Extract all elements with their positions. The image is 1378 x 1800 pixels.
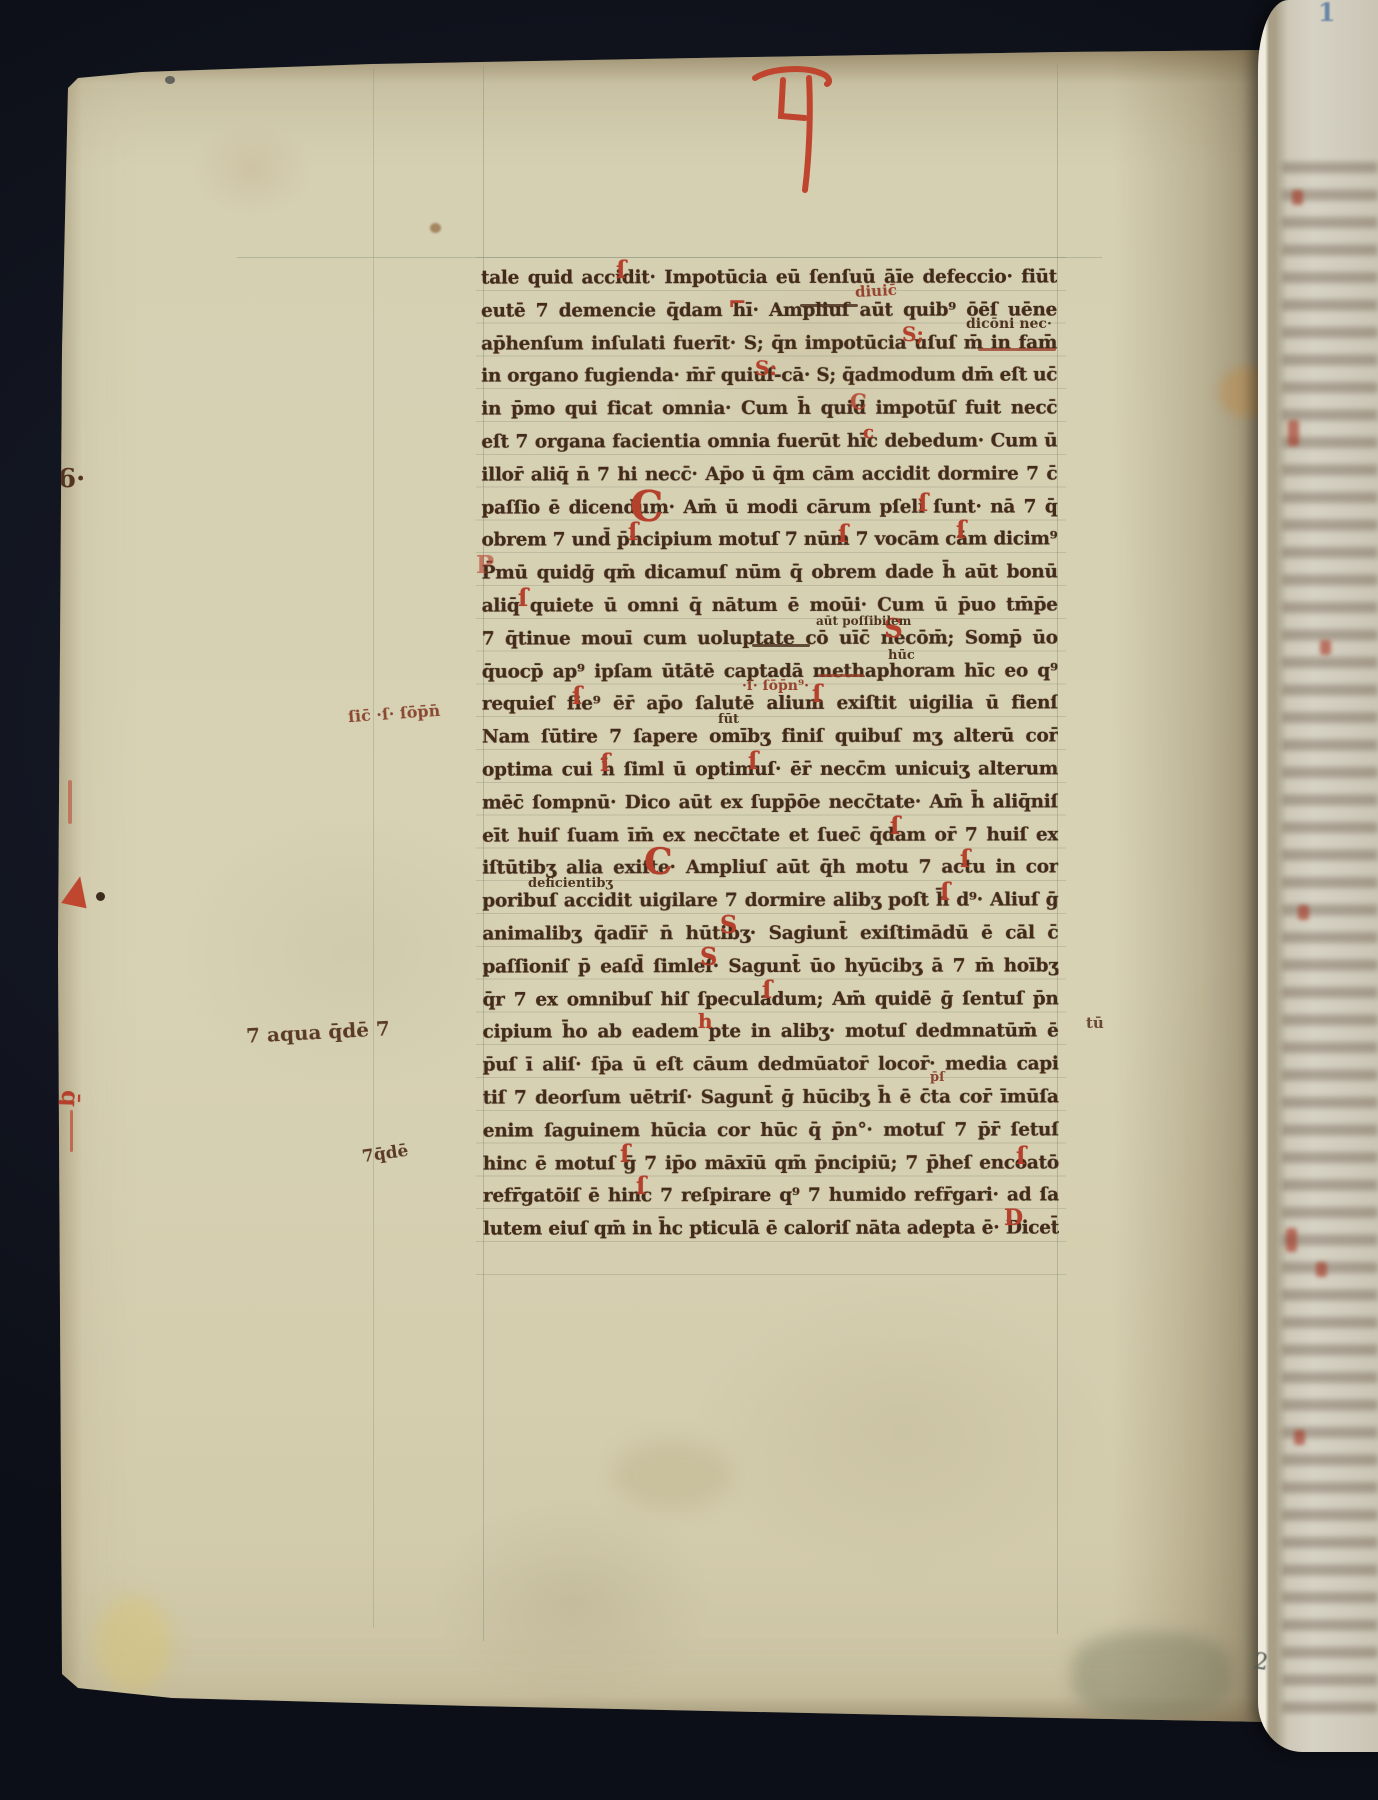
red-paraph-large: C — [644, 844, 673, 880]
margin-note-q: q̄ — [56, 1090, 86, 1108]
red-virgule: ſ — [600, 751, 610, 775]
facing-folio-number: 1 — [1318, 0, 1335, 27]
red-letters: S; — [902, 324, 924, 344]
stain — [96, 1596, 172, 1692]
facing-red-mark — [1316, 1262, 1327, 1277]
quire-mark-icon — [747, 64, 837, 199]
strikethrough-mark — [818, 674, 864, 677]
manuscript-text-line: aliq̄ quiete ū omni q̄ nātum ē moūi· Cum… — [482, 589, 1058, 623]
red-virgule: ſ — [518, 586, 528, 610]
margin-note-numeral: 6· — [58, 464, 85, 494]
red-virgule: ſ — [838, 522, 848, 546]
facing-red-mark — [1286, 1228, 1297, 1252]
manuscript-text-line: 7 q̄tinue mouī cum uoluptate cō uīc̄ nec… — [482, 622, 1058, 656]
margin-note-aqua: 7 aqua q̄dē 7 — [245, 1016, 390, 1047]
red-initial: c — [863, 424, 874, 442]
red-virgule: ſ — [940, 880, 950, 904]
manuscript-text-line: Nam ſūtire 7 ſapere omībʒ finiſ quibuſ m… — [482, 721, 1058, 755]
interlinear-gloss: fūt — [718, 712, 739, 727]
red-initial: S — [700, 945, 717, 969]
interlinear-gloss: hūc — [888, 648, 915, 663]
facing-red-mark — [1288, 420, 1299, 446]
strikethrough-mark — [800, 304, 858, 307]
red-virgule: ſ — [812, 682, 822, 706]
manuscript-text-line: P̄mū quidḡ qm̄ dicamuſ nūm q̄ obrem dade… — [482, 557, 1058, 591]
manuscript-text-line: lutem eiuſ qm̄ in h̄c pticulā ē caloriſ … — [483, 1213, 1059, 1247]
manuscript-photo: { "page_type": "Medieval parchment manus… — [0, 0, 1378, 1800]
manuscript-text-line: eſt 7 organa facientia omnia fuerūt hīc … — [481, 425, 1057, 459]
manuscript-text-line: illor̄ aliq̄ n̄ 7 hi necc̄· Ap̄o ū q̄m c… — [481, 458, 1057, 492]
ruling-vertical-outer — [373, 68, 374, 1628]
red-tick — [68, 780, 72, 824]
stain — [1072, 1632, 1232, 1718]
margin-note-sic: ſic̄ ·ſ· ſōp̄n̄ — [347, 701, 440, 726]
red-virgule: ſ — [918, 491, 928, 515]
margin-note-tu: tū — [1086, 1014, 1104, 1032]
ink-dot — [96, 892, 105, 901]
red-virgule: ſ — [748, 749, 758, 773]
red-initial: D — [1004, 1207, 1023, 1229]
interlinear-gloss: aūt poſſibilem — [816, 614, 911, 628]
manuscript-text-line: p̄uſ ī aliſ· ſp̄a ū eſt cāum dedmūator̄ … — [483, 1049, 1059, 1083]
interlinear-gloss: diuic̄ — [855, 281, 898, 301]
interlinear-gloss: deficientibʒ — [528, 876, 613, 891]
strikethrough-mark — [752, 644, 810, 647]
interlinear-gloss: ·ſ· ſōp̄n⁹· — [742, 678, 809, 694]
red-initial: C — [850, 391, 867, 412]
manuscript-text-line: in p̄mo qui ficat omnia· Cum h̄ quid imp… — [481, 393, 1057, 427]
facing-page-edge — [1258, 0, 1378, 1752]
red-letters: S: — [755, 358, 777, 378]
manuscript-text-line: hinc ē motuſ ḡ 7 ip̄o māxīū qm̄ p̄ncipiū… — [483, 1147, 1059, 1181]
manuscript-text-line: cipium h̄o ab eadem pte in alibʒ· motuſ … — [483, 1016, 1059, 1050]
red-virgule: ſ — [1016, 1144, 1026, 1168]
facing-red-mark — [1292, 190, 1303, 205]
facing-page-blurred-text — [1282, 162, 1378, 1722]
text-block: tale quid accidit· Impotūcia eū ſenſuū ā… — [481, 261, 1059, 1246]
manuscript-page: tale quid accidit· Impotūcia eū ſenſuū ā… — [52, 50, 1268, 1722]
manuscript-text-line: tale quid accidit· Impotūcia eū ſenſuū ā… — [481, 261, 1057, 295]
manuscript-text-line: obrem 7 und̄ p̄ncipium motuſ 7 nūm 7 voc… — [482, 524, 1058, 558]
manuscript-text-line: tiſ 7 deorſum uētriſ· Sagunt̄ ḡ hūcibʒ h… — [483, 1081, 1059, 1115]
red-initial: S — [720, 913, 737, 937]
red-touched-initial: P — [476, 553, 494, 577]
interlinear-gloss: p̄ſ — [930, 1070, 945, 1085]
facing-red-mark — [1320, 640, 1331, 655]
red-virgule: ſ — [572, 684, 582, 708]
manuscript-text-line: enim ſaguinem hūcia cor hūc q̄ p̄n°· mot… — [483, 1114, 1059, 1148]
red-bracket: ⌐ — [728, 292, 746, 314]
red-virgule: ſ — [956, 518, 966, 542]
manuscript-text-line: paſſio ē dicendum· Am̄ ū modi cārum pſel… — [481, 491, 1057, 525]
red-virgule: ſ — [628, 520, 638, 544]
stain — [612, 1440, 732, 1510]
manuscript-text-line: eīt huiſ ſuam īm̄ ex necc̄tate et ſuec̄ … — [482, 819, 1058, 853]
red-virgule: ſ — [620, 1142, 630, 1166]
facing-red-mark — [1298, 905, 1309, 920]
red-virgule: ſ — [890, 814, 900, 838]
red-descender-line — [70, 1110, 73, 1152]
stain — [165, 76, 175, 84]
manuscript-text-line: refr̄gatōiſ ē hinc 7 reſpirare q⁹ 7 humi… — [483, 1180, 1059, 1214]
manuscript-text-line: mēc̄ ſompnū· Dico aūt ex ſupp̄ōe necc̄ta… — [482, 786, 1058, 820]
interlinear-gloss: dicōni nec· — [966, 316, 1052, 332]
facing-red-mark — [1294, 1430, 1305, 1445]
stain — [430, 223, 441, 233]
manuscript-text-line: optima cui h̄ ſiml ū optimuſ· ēr̄ necc̄m… — [482, 753, 1058, 787]
red-virgule: ſ — [636, 1174, 646, 1198]
red-virgule: ſ — [762, 978, 772, 1002]
manuscript-text-line: animalibʒ q̄adīr̄ n̄ hūtibʒ· Sagiunt̄ ex… — [482, 917, 1058, 951]
red-virgule: ſ — [616, 258, 626, 282]
margin-note-qde: 7q̄dē — [361, 1141, 410, 1167]
red-triangle-mark — [61, 874, 93, 909]
red-virgule: ſ — [960, 847, 970, 871]
strikethrough-mark — [978, 348, 1056, 351]
red-letter: h — [698, 1011, 713, 1031]
